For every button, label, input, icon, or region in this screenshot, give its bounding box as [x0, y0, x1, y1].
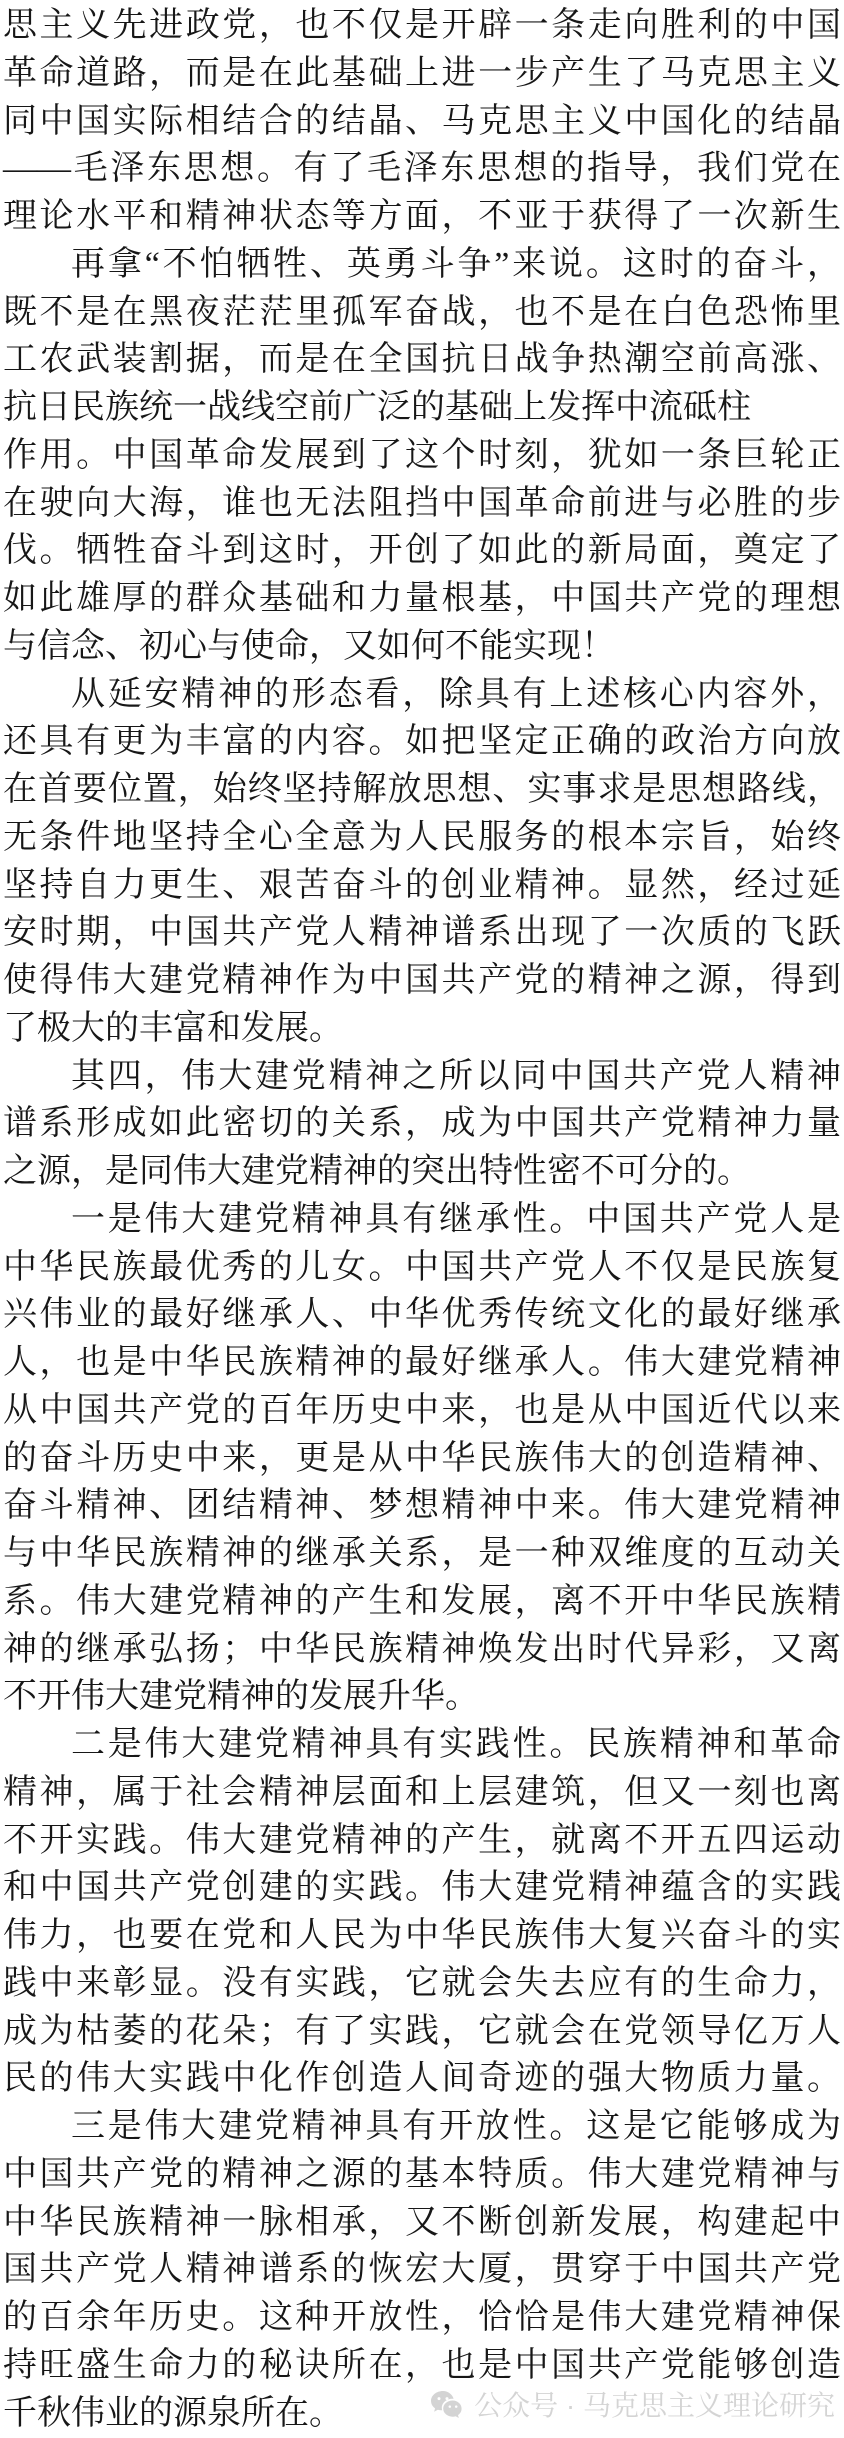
article-body: 思主义先进政党，也不仅是开辟一条走向胜利的中国革命道路，而是在此基础上进一步产生… — [3, 2, 841, 2437]
text-line: 精神，属于社会精神层面和上层建筑，但又一刻也离 — [3, 1769, 841, 1817]
text-line: 无条件地坚持全心全意为人民服务的根本宗旨，始终 — [3, 814, 841, 862]
text-line: 兴伟业的最好继承人、中华优秀传统文化的最好继承 — [3, 1291, 841, 1339]
text-line: 抗日民族统一战线空前广泛的基础上发挥中流砥柱 — [3, 384, 841, 432]
text-line: 和中国共产党创建的实践。伟大建党精神蕴含的实践 — [3, 1864, 841, 1912]
text-line: 人，也是中华民族精神的最好继承人。伟大建党精神 — [3, 1339, 841, 1387]
text-line: 之源，是同伟大建党精神的突出特性密不可分的。 — [3, 1148, 841, 1196]
text-line: 与信念、初心与使命，又如何不能实现！ — [3, 623, 841, 671]
text-line: 从延安精神的形态看，除具有上述核心内容外， — [3, 671, 841, 719]
text-line: 还具有更为丰富的内容。如把坚定正确的政治方向放 — [3, 718, 841, 766]
document-page: 思主义先进政党，也不仅是开辟一条走向胜利的中国革命道路，而是在此基础上进一步产生… — [0, 0, 844, 2438]
watermark: 公众号 · 马克思主义理论研究 — [430, 2384, 835, 2424]
text-line: 如此雄厚的群众基础和力量根基，中国共产党的理想 — [3, 575, 841, 623]
text-line: 系。伟大建党精神的产生和发展，离不开中华民族精 — [3, 1578, 841, 1626]
text-line: 中国共产党的精神之源的基本特质。伟大建党精神与 — [3, 2151, 841, 2199]
text-line: 思主义先进政党，也不仅是开辟一条走向胜利的中国 — [3, 2, 841, 50]
text-line: 其四，伟大建党精神之所以同中国共产党人精神 — [3, 1053, 841, 1101]
text-line: 同中国实际相结合的结晶、马克思主义中国化的结晶 — [3, 98, 841, 146]
text-line: 践中来彰显。没有实践，它就会失去应有的生命力， — [3, 1960, 841, 2008]
text-line: 中华民族最优秀的儿女。中国共产党人不仅是民族复 — [3, 1244, 841, 1292]
text-line: 的百余年历史。这种开放性，恰恰是伟大建党精神保 — [3, 2294, 841, 2342]
text-line: 在首要位置，始终坚持解放思想、实事求是思想路线， — [3, 766, 841, 814]
text-line: 不开实践。伟大建党精神的产生，就离不开五四运动 — [3, 1817, 841, 1865]
text-line: 既不是在黑夜茫茫里孤军奋战，也不是在白色恐怖里 — [3, 289, 841, 337]
text-line: 再拿“不怕牺牲、英勇斗争”来说。这时的奋斗， — [3, 241, 841, 289]
text-line: 国共产党人精神谱系的恢宏大厦，贯穿于中国共产党 — [3, 2246, 841, 2294]
text-line: 与中华民族精神的继承关系，是一种双维度的互动关 — [3, 1530, 841, 1578]
text-line: 持旺盛生命力的秘诀所在，也是中国共产党能够创造 — [3, 2342, 841, 2390]
text-line: 在驶向大海，谁也无法阻挡中国革命前进与必胜的步 — [3, 480, 841, 528]
text-line: 工农武装割据，而是在全国抗日战争热潮空前高涨、 — [3, 336, 841, 384]
text-line: 理论水平和精神状态等方面，不亚于获得了一次新生 — [3, 193, 841, 241]
text-line: 坚持自力更生、艰苦奋斗的创业精神。显然，经过延 — [3, 862, 841, 910]
text-line: 作用。中国革命发展到了这个时刻，犹如一条巨轮正 — [3, 432, 841, 480]
text-line: 伐。牺牲奋斗到这时，开创了如此的新局面，奠定了 — [3, 527, 841, 575]
text-line: 使得伟大建党精神作为中国共产党的精神之源，得到 — [3, 957, 841, 1005]
text-line: 安时期，中国共产党人精神谱系出现了一次质的飞跃 — [3, 909, 841, 957]
text-line: 二是伟大建党精神具有实践性。民族精神和革命 — [3, 1721, 841, 1769]
text-line: 的奋斗历史中来，更是从中华民族伟大的创造精神、 — [3, 1435, 841, 1483]
text-line: 成为枯萎的花朵；有了实践，它就会在党领导亿万人 — [3, 2008, 841, 2056]
text-line: 伟力，也要在党和人民为中华民族伟大复兴奋斗的实 — [3, 1912, 841, 1960]
text-line: 从中国共产党的百年历史中来，也是从中国近代以来 — [3, 1387, 841, 1435]
text-line: 中华民族精神一脉相承，又不断创新发展，构建起中 — [3, 2199, 841, 2247]
text-line: 一是伟大建党精神具有继承性。中国共产党人是 — [3, 1196, 841, 1244]
text-line: 奋斗精神、团结精神、梦想精神中来。伟大建党精神 — [3, 1482, 841, 1530]
text-line: ——毛泽东思想。有了毛泽东思想的指导，我们党在 — [3, 145, 841, 193]
text-line: 革命道路，而是在此基础上进一步产生了马克思主义 — [3, 50, 841, 98]
text-line: 民的伟大实践中化作创造人间奇迹的强大物质力量。 — [3, 2055, 841, 2103]
text-line: 三是伟大建党精神具有开放性。这是它能够成为 — [3, 2103, 841, 2151]
wechat-icon — [430, 2390, 464, 2419]
text-line: 神的继承弘扬；中华民族精神焕发出时代异彩，又离 — [3, 1626, 841, 1674]
watermark-label: 公众号 · 马克思主义理论研究 — [474, 2384, 835, 2424]
text-line: 不开伟大建党精神的发展升华。 — [3, 1673, 841, 1721]
text-line: 谱系形成如此密切的关系，成为中国共产党精神力量 — [3, 1100, 841, 1148]
text-line: 了极大的丰富和发展。 — [3, 1005, 841, 1053]
